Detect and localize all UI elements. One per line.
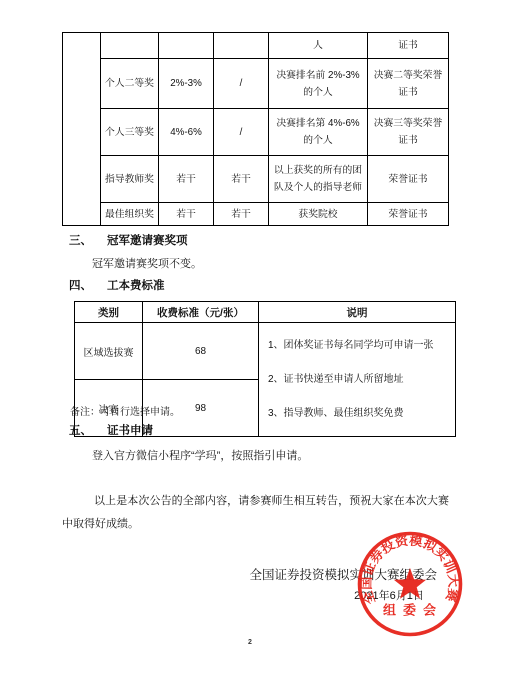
- table-cell: [214, 33, 269, 59]
- section-3-body: 冠军邀请赛奖项不变。: [92, 255, 202, 271]
- fee-table-row: 区域选拔赛 68 1、团体奖证书每名同学均可申请一张 2、证书快递至申请人所留地…: [75, 323, 456, 380]
- official-seal: 全国证券投资模拟实训大赛 组委会: [356, 530, 464, 638]
- table-cell: 若干: [214, 156, 269, 203]
- table-cell: 2%-3%: [159, 59, 214, 109]
- table-cell: 4%-6%: [159, 109, 214, 156]
- section-5-body: 登入官方微信小程序“学玛”，按照指引申请。: [92, 447, 308, 463]
- table-cell: 荣誉证书: [368, 156, 449, 203]
- table-cell: 证书: [368, 33, 449, 59]
- table-cell: 决赛排名第 4%-6% 的个人: [269, 109, 368, 156]
- table-cell: 决赛三等奖荣誉 证书: [368, 109, 449, 156]
- table-cell: 决赛排名前 2%-3% 的个人: [269, 59, 368, 109]
- remark-line: 备注：可自行选择申请。: [70, 403, 180, 418]
- table-cell: 决赛二等奖荣誉 证书: [368, 59, 449, 109]
- award-table-row: 个人三等奖 4%-6% / 决赛排名第 4%-6% 的个人 决赛三等奖荣誉 证书: [63, 109, 449, 156]
- seal-center-text: 组委会: [383, 603, 443, 618]
- fee-note: 1、团体奖证书每名同学均可申请一张: [268, 334, 453, 357]
- award-table-row: 个人二等奖 2%-3% / 决赛排名前 2%-3% 的个人 决赛二等奖荣誉 证书: [63, 59, 449, 109]
- table-cell: 荣誉证书: [368, 203, 449, 226]
- table-cell: /: [214, 59, 269, 109]
- table-cell: 区域选拔赛: [75, 323, 143, 380]
- fee-table-header: 说明: [259, 302, 456, 323]
- section-number: 三、: [69, 232, 107, 248]
- award-table-row: 最佳组织奖 若干 若干 获奖院校 荣誉证书: [63, 203, 449, 226]
- section-number: 四、: [69, 277, 107, 293]
- section-heading-5: 五、证书申请: [69, 422, 153, 438]
- table-cell: [159, 33, 214, 59]
- fee-notes-cell: 1、团体奖证书每名同学均可申请一张 2、证书快递至申请人所留地址 3、指导教师、…: [259, 323, 456, 437]
- fee-table-header-row: 类别 收费标准（元/张） 说明: [75, 302, 456, 323]
- section-heading-3: 三、冠军邀请赛奖项: [69, 232, 188, 248]
- seal-star-icon: [394, 568, 426, 599]
- fee-table-header: 类别: [75, 302, 143, 323]
- table-cell: 最佳组织奖: [101, 203, 159, 226]
- fee-note: 3、指导教师、最佳组织奖免费: [268, 402, 453, 425]
- table-cell: /: [214, 109, 269, 156]
- fee-table-header: 收费标准（元/张）: [143, 302, 259, 323]
- table-cell: 若干: [214, 203, 269, 226]
- page-number: 2: [248, 639, 252, 646]
- award-table-row: 指导教师奖 若干 若干 以上获奖的所有的团 队及个人的指导老师 荣誉证书: [63, 156, 449, 203]
- section-number: 五、: [69, 422, 107, 438]
- table-cell: 68: [143, 323, 259, 380]
- table-cell: 个人三等奖: [101, 109, 159, 156]
- document-page: 人 证书 个人二等奖 2%-3% / 决赛排名前 2%-3% 的个人 决赛二等奖…: [0, 0, 509, 678]
- table-cell: 人: [269, 33, 368, 59]
- merged-empty-cell: [63, 33, 101, 226]
- table-cell: 个人二等奖: [101, 59, 159, 109]
- table-cell: 若干: [159, 156, 214, 203]
- section-title: 工本费标准: [107, 280, 165, 292]
- award-table: 人 证书 个人二等奖 2%-3% / 决赛排名前 2%-3% 的个人 决赛二等奖…: [62, 32, 449, 226]
- fee-note: 2、证书快递至申请人所留地址: [268, 368, 453, 391]
- section-title: 证书申请: [107, 425, 153, 437]
- section-title: 冠军邀请赛奖项: [107, 235, 188, 247]
- table-cell: 获奖院校: [269, 203, 368, 226]
- award-table-row: 人 证书: [63, 33, 449, 59]
- table-cell: 指导教师奖: [101, 156, 159, 203]
- table-cell: 以上获奖的所有的团 队及个人的指导老师: [269, 156, 368, 203]
- section-heading-4: 四、工本费标准: [69, 277, 165, 293]
- table-cell: [101, 33, 159, 59]
- table-cell: 若干: [159, 203, 214, 226]
